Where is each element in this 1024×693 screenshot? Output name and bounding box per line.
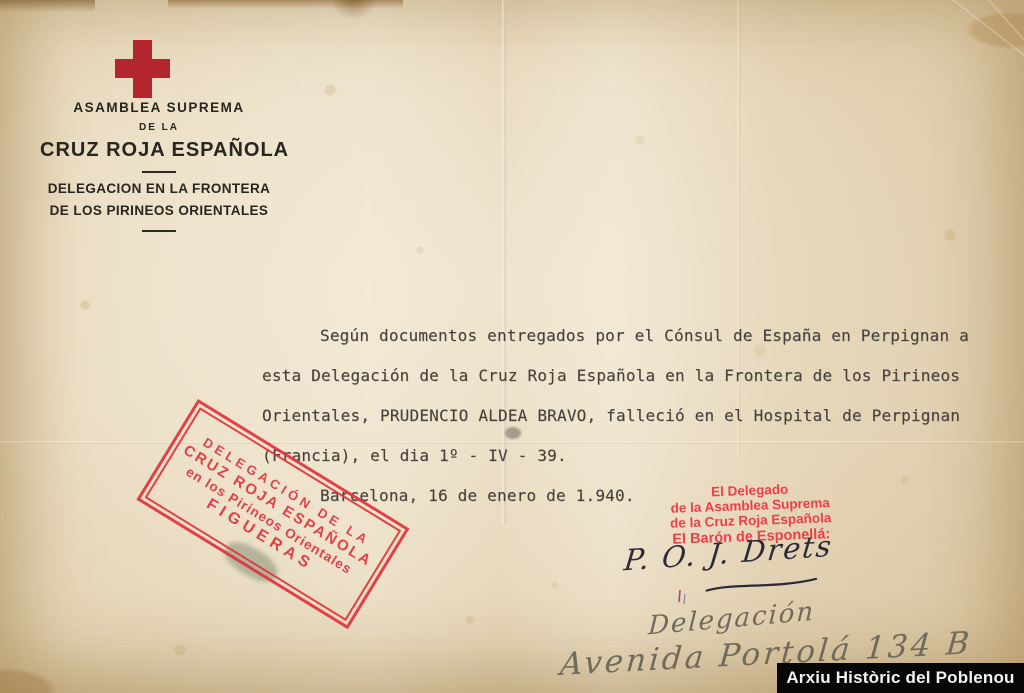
letterhead-org-line2: DE LA — [40, 122, 278, 134]
body-line: esta Delegación de la Cruz Roja Española… — [262, 366, 960, 385]
horizontal-crease — [0, 441, 1024, 444]
red-cross-icon — [115, 40, 170, 98]
diagonal-crease — [914, 0, 1024, 89]
ink-blot — [505, 427, 521, 439]
letterhead-org-line3: CRUZ ROJA ESPAÑOLA — [40, 139, 278, 161]
figueras-rubber-stamp: DELEGACIÓN DE LA CRUZ ROJA ESPAÑOLA en l… — [136, 399, 409, 629]
pencil-tick-mark — [674, 588, 692, 608]
letterhead-dept-line2: DE LOS PIRINEOS ORIENTALES — [40, 203, 278, 218]
letterhead-dept-line1: DELEGACION EN LA FRONTERA — [40, 181, 278, 196]
edge-stain — [330, 0, 378, 20]
diagonal-crease — [964, 0, 1024, 65]
document-paper: ASAMBLEA SUPREMA DE LA CRUZ ROJA ESPAÑOL… — [0, 0, 1024, 693]
letterhead-org-line1: ASAMBLEA SUPREMA — [40, 101, 278, 115]
signature: P. O. J. Drets — [623, 529, 834, 578]
letterhead: ASAMBLEA SUPREMA DE LA CRUZ ROJA ESPAÑOL… — [40, 101, 278, 232]
red-cross-horizontal-bar — [115, 59, 170, 78]
edge-stain — [0, 0, 95, 12]
figueras-stamp-inner-border: DELEGACIÓN DE LA CRUZ ROJA ESPAÑOLA en l… — [145, 407, 402, 621]
archive-watermark: Arxiu Històric del Poblenou — [777, 663, 1024, 693]
vertical-crease — [737, 0, 741, 455]
edge-stain — [168, 0, 403, 9]
letterhead-divider — [142, 171, 176, 173]
body-line: (Francia), el dia 1º - IV - 39. — [262, 446, 567, 465]
signature-text: P. O. J. Drets — [622, 529, 834, 578]
letterhead-divider — [142, 230, 176, 232]
body-line: Según documentos entregados por el Cónsu… — [262, 326, 969, 345]
signature-underline-flourish — [704, 573, 825, 595]
body-line: Orientales, PRUDENCIO ALDEA BRAVO, falle… — [262, 406, 960, 425]
